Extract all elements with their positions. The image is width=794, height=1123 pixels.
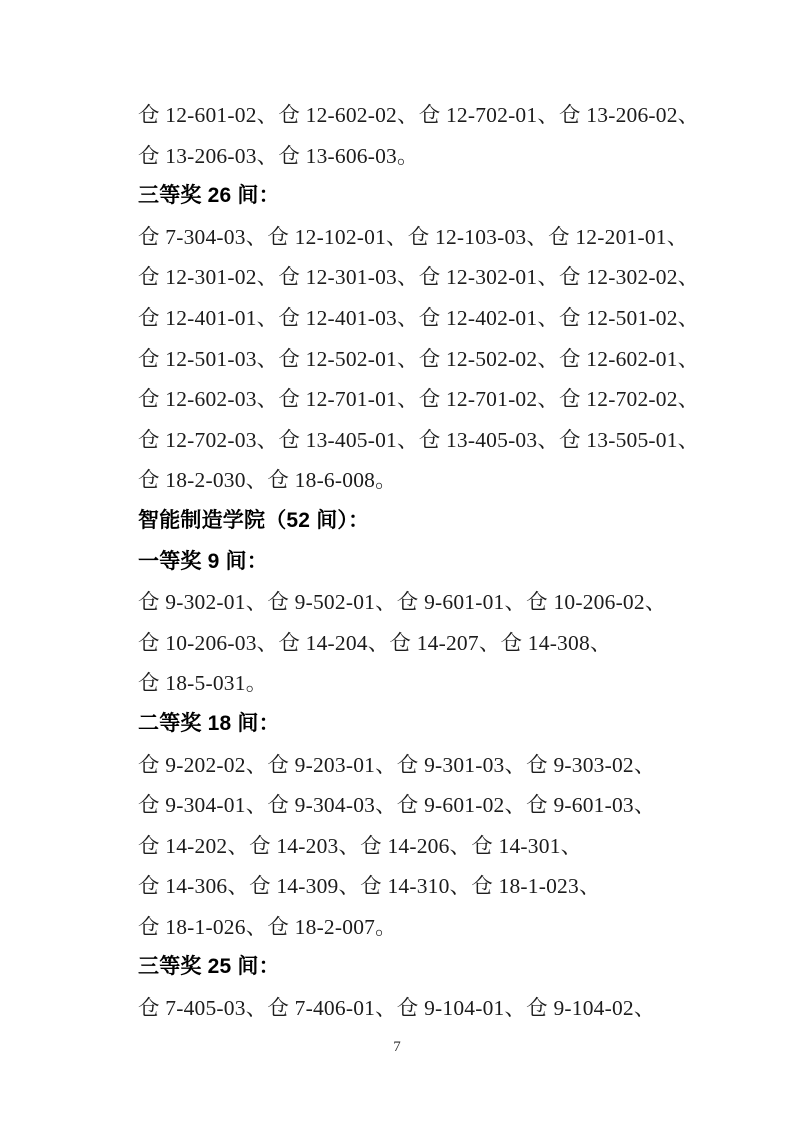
document-content: 仓 12-601-02、仓 12-602-02、仓 12-702-01、仓 13… (138, 95, 718, 1029)
document-line: 仓 12-301-02、仓 12-301-03、仓 12-302-01、仓 12… (138, 257, 718, 298)
section-heading: 智能制造学院（52 间）： (138, 501, 718, 542)
document-page: 仓 12-601-02、仓 12-602-02、仓 12-702-01、仓 13… (0, 0, 794, 1123)
document-line: 仓 13-206-03、仓 13-606-03。 (138, 136, 718, 177)
section-heading: 三等奖 26 间： (138, 176, 718, 217)
section-heading: 一等奖 9 间： (138, 542, 718, 583)
document-line: 仓 12-601-02、仓 12-602-02、仓 12-702-01、仓 13… (138, 95, 718, 136)
document-line: 仓 12-702-03、仓 13-405-01、仓 13-405-03、仓 13… (138, 420, 718, 461)
document-line: 仓 12-602-03、仓 12-701-01、仓 12-701-02、仓 12… (138, 379, 718, 420)
document-line: 仓 9-202-02、仓 9-203-01、仓 9-301-03、仓 9-303… (138, 745, 718, 786)
document-line: 仓 12-401-01、仓 12-401-03、仓 12-402-01、仓 12… (138, 298, 718, 339)
document-line: 仓 12-501-03、仓 12-502-01、仓 12-502-02、仓 12… (138, 339, 718, 380)
document-line: 仓 9-302-01、仓 9-502-01、仓 9-601-01、仓 10-20… (138, 582, 718, 623)
page-number: 7 (0, 1036, 794, 1058)
document-line: 仓 18-5-031。 (138, 663, 718, 704)
document-line: 仓 7-304-03、仓 12-102-01、仓 12-103-03、仓 12-… (138, 217, 718, 258)
document-line: 仓 14-306、仓 14-309、仓 14-310、仓 18-1-023、 (138, 866, 718, 907)
document-line: 仓 18-2-030、仓 18-6-008。 (138, 460, 718, 501)
document-line: 仓 10-206-03、仓 14-204、仓 14-207、仓 14-308、 (138, 623, 718, 664)
document-line: 仓 7-405-03、仓 7-406-01、仓 9-104-01、仓 9-104… (138, 988, 718, 1029)
section-heading: 三等奖 25 间： (138, 947, 718, 988)
document-line: 仓 9-304-01、仓 9-304-03、仓 9-601-02、仓 9-601… (138, 785, 718, 826)
document-line: 仓 14-202、仓 14-203、仓 14-206、仓 14-301、 (138, 826, 718, 867)
section-heading: 二等奖 18 间： (138, 704, 718, 745)
document-line: 仓 18-1-026、仓 18-2-007。 (138, 907, 718, 948)
